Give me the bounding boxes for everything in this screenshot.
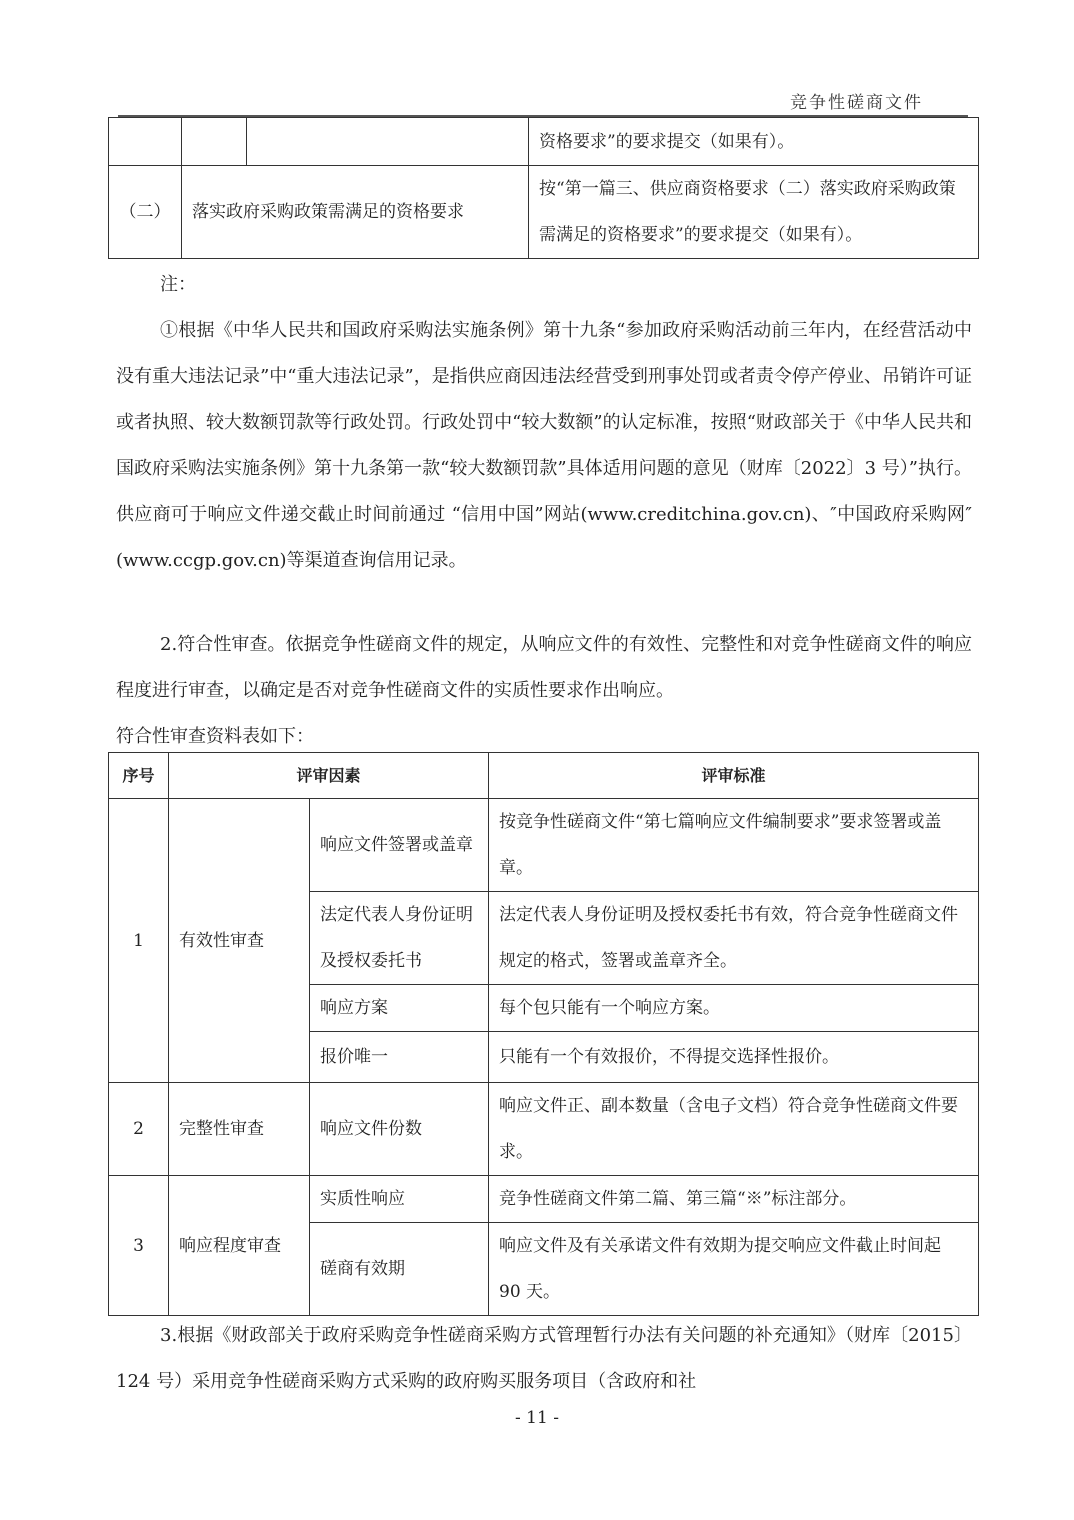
qualification-table-continued: 资格要求”的要求提交（如果有）。 （二） 落实政府采购政策需满足的资格要求 按“… <box>108 117 979 259</box>
standard-cell: 竞争性磋商文件第二篇、第三篇“※”标注部分。 <box>489 1176 979 1223</box>
item-cell: 落实政府采购政策需满足的资格要求 <box>182 166 529 259</box>
factor-cell: 法定代表人身份证明及授权委托书 <box>310 892 489 985</box>
requirement-cell: 按“第一篇三、供应商资格要求（二）落实政府采购政策需满足的资格要求”的要求提交（… <box>529 166 979 259</box>
requirement-cell: 资格要求”的要求提交（如果有）。 <box>529 118 979 166</box>
conformity-review-table: 序号 评审因素 评审标准 1 有效性审查 响应文件签署或盖章 按竞争性磋商文件“… <box>108 752 979 1316</box>
factor-cell: 响应文件签署或盖章 <box>310 799 489 892</box>
table-row: 1 有效性审查 响应文件签署或盖章 按竞争性磋商文件“第七篇响应文件编制要求”要… <box>109 799 979 892</box>
group-category: 有效性审查 <box>169 799 310 1083</box>
standard-cell: 响应文件正、副本数量（含电子文档）符合竞争性磋商文件要求。 <box>489 1083 979 1176</box>
standard-cell: 只能有一个有效报价，不得提交选择性报价。 <box>489 1032 979 1083</box>
group-category: 完整性审查 <box>169 1083 310 1176</box>
section-3-paragraph: 3.根据《财政部关于政府采购竞争性磋商采购方式管理暂行办法有关问题的补充通知》（… <box>116 1313 972 1405</box>
header-standard: 评审标准 <box>489 753 979 799</box>
document-header-title: 竞争性磋商文件 <box>790 88 950 113</box>
table-row: 2 完整性审查 响应文件份数 响应文件正、副本数量（含电子文档）符合竞争性磋商文… <box>109 1083 979 1176</box>
group-category: 响应程度审查 <box>169 1176 310 1316</box>
table-cell <box>182 118 247 166</box>
factor-cell: 磋商有效期 <box>310 1223 489 1316</box>
note-paragraph-1: ①根据《中华人民共和国政府采购法实施条例》第十九条“参加政府采购活动前三年内，在… <box>116 308 972 584</box>
factor-cell: 响应文件份数 <box>310 1083 489 1176</box>
table-header-row: 序号 评审因素 评审标准 <box>109 753 979 799</box>
header-factor: 评审因素 <box>169 753 489 799</box>
standard-cell: 响应文件及有关承诺文件有效期为提交响应文件截止时间起 90 天。 <box>489 1223 979 1316</box>
standard-cell: 每个包只能有一个响应方案。 <box>489 985 979 1032</box>
standard-cell: 按竞争性磋商文件“第七篇响应文件编制要求”要求签署或盖章。 <box>489 799 979 892</box>
table-row: 资格要求”的要求提交（如果有）。 <box>109 118 979 166</box>
page-number: - 11 - <box>0 1408 1074 1428</box>
table-row: 3 响应程度审查 实质性响应 竞争性磋商文件第二篇、第三篇“※”标注部分。 <box>109 1176 979 1223</box>
table-row: （二） 落实政府采购政策需满足的资格要求 按“第一篇三、供应商资格要求（二）落实… <box>109 166 979 259</box>
header-no: 序号 <box>109 753 169 799</box>
table-cell <box>109 118 182 166</box>
group-number: 2 <box>109 1083 169 1176</box>
factor-cell: 实质性响应 <box>310 1176 489 1223</box>
group-number: 1 <box>109 799 169 1083</box>
factor-cell: 报价唯一 <box>310 1032 489 1083</box>
row-number-cell: （二） <box>109 166 182 259</box>
standard-cell: 法定代表人身份证明及授权委托书有效，符合竞争性磋商文件规定的格式，签署或盖章齐全… <box>489 892 979 985</box>
section-2-paragraph: 2.符合性审查。依据竞争性磋商文件的规定，从响应文件的有效性、完整性和对竞争性磋… <box>116 622 972 714</box>
factor-cell: 响应方案 <box>310 985 489 1032</box>
table-cell <box>247 118 529 166</box>
notes-label: 注： <box>116 262 972 308</box>
group-number: 3 <box>109 1176 169 1316</box>
